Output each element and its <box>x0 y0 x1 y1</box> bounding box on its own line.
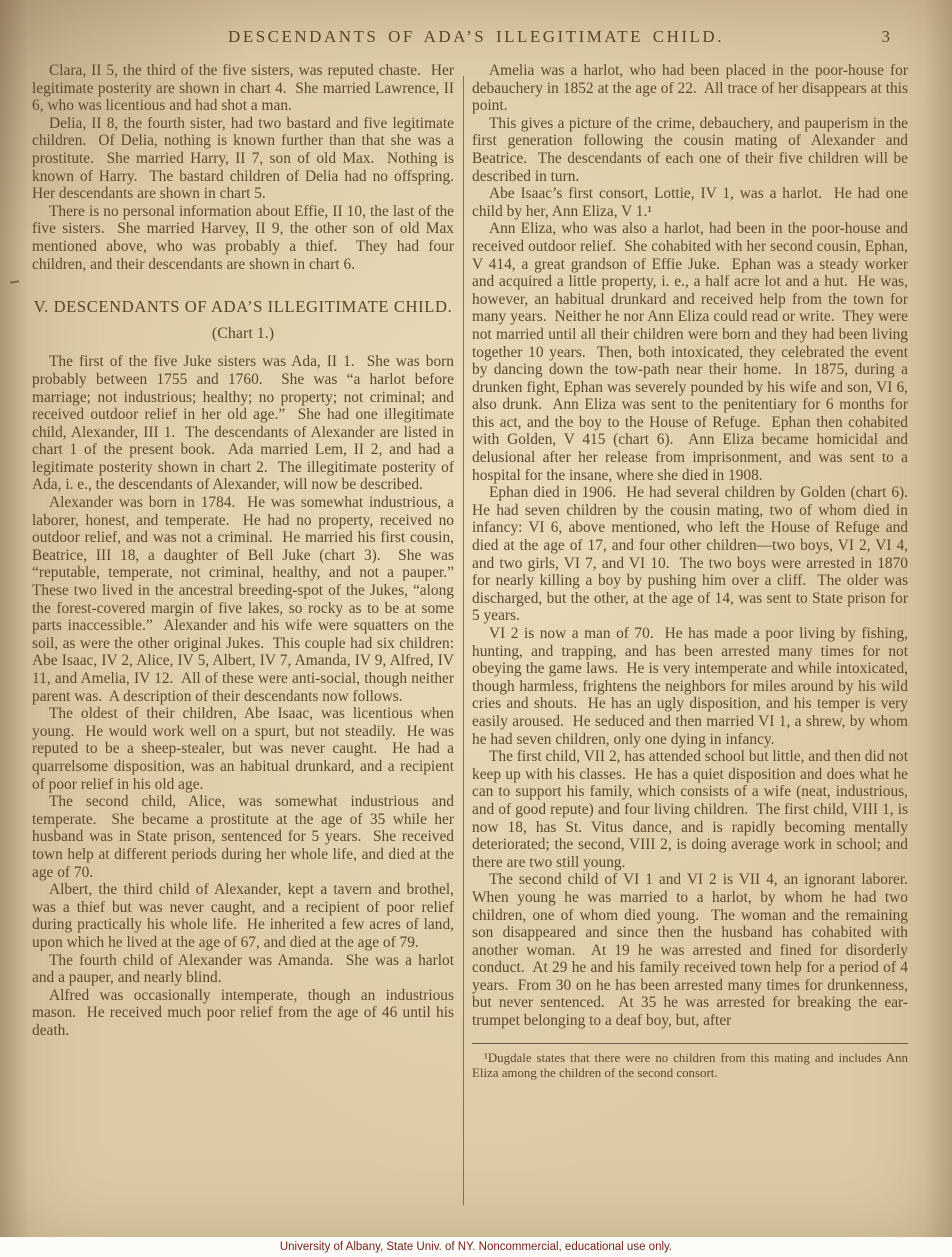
right-column: Amelia was a harlot, who had been placed… <box>472 62 908 1082</box>
footer-caption-bar: University of Albany, State Univ. of NY.… <box>0 1237 952 1257</box>
scan-area: DESCENDANTS OF ADA’S ILLEGITIMATE CHILD.… <box>0 0 952 1237</box>
paragraph: Amelia was a harlot, who had been placed… <box>472 62 908 115</box>
paragraph: There is no personal information about E… <box>32 203 454 273</box>
paragraph: Ann Eliza, who was also a harlot, had be… <box>472 220 908 484</box>
footnote-block: ¹Dugdale states that there were no child… <box>472 1043 908 1082</box>
paragraph: Abe Isaac’s first consort, Lottie, IV 1,… <box>472 185 908 220</box>
page-number: 3 <box>882 27 891 47</box>
paragraph: Delia, II 8, the fourth sister, had two … <box>32 115 454 203</box>
paragraph: The second child, Alice, was somewhat in… <box>32 793 454 881</box>
footnote: ¹Dugdale states that there were no child… <box>472 1051 908 1082</box>
paragraph: Albert, the third child of Alexander, ke… <box>32 881 454 951</box>
two-column-text: Clara, II 5, the third of the five siste… <box>0 47 952 1082</box>
page-title: DESCENDANTS OF ADA’S ILLEGITIMATE CHILD. <box>228 27 724 46</box>
left-column: Clara, II 5, the third of the five siste… <box>32 62 454 1082</box>
paragraph: The fourth child of Alexander was Amanda… <box>32 952 454 987</box>
paragraph: Clara, II 5, the third of the five siste… <box>32 62 454 115</box>
section-heading: V. DESCENDANTS OF ADA’S ILLEGITIMATE CHI… <box>32 298 454 316</box>
paragraph: The first of the five Juke sisters was A… <box>32 353 454 494</box>
paragraph: Alexander was born in 1784. He was somew… <box>32 494 454 705</box>
paragraph: The second child of VI 1 and VI 2 is VII… <box>472 871 908 1029</box>
paragraph: This gives a picture of the crime, debau… <box>472 115 908 185</box>
chart-subheading: (Chart 1.) <box>32 325 454 343</box>
paragraph: Ephan died in 1906. He had several child… <box>472 484 908 625</box>
paragraph: The oldest of their children, Abe Isaac,… <box>32 705 454 793</box>
book-page-scan: DESCENDANTS OF ADA’S ILLEGITIMATE CHILD.… <box>0 0 952 1257</box>
paragraph: VI 2 is now a man of 70. He has made a p… <box>472 625 908 748</box>
page-header: DESCENDANTS OF ADA’S ILLEGITIMATE CHILD.… <box>0 0 952 47</box>
column-divider-rule <box>463 76 464 1205</box>
paragraph: Alfred was occasionally intemperate, tho… <box>32 987 454 1040</box>
footer-caption: University of Albany, State Univ. of NY.… <box>280 1241 672 1253</box>
paragraph: The first child, VII 2, has attended sch… <box>472 748 908 871</box>
